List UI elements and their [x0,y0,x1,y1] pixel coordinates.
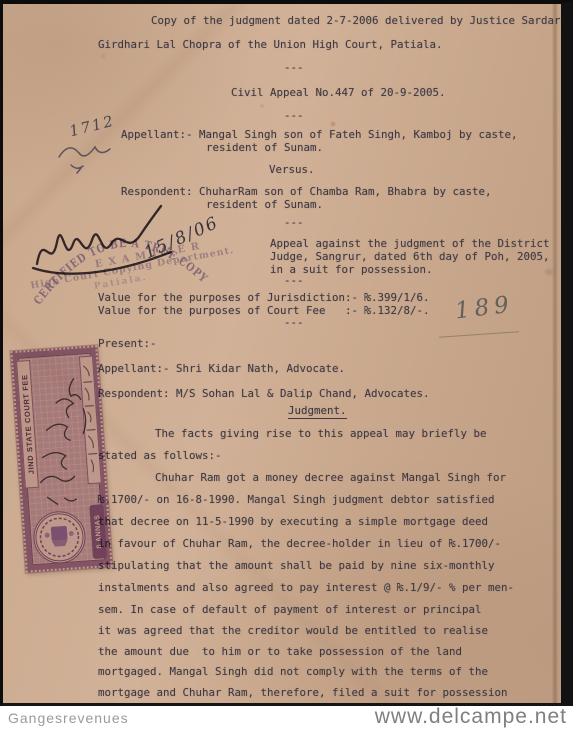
typed-line-16: Value for the purposes of Court Fee :- ₨… [98,304,430,317]
typed-line-22: The facts giving rise to this appeal may… [155,427,487,440]
watermark-right-text: www.delcampe.net [375,705,567,729]
typed-line-25: ₨.1700/- on 16-8-1990. Mangal Singh judg… [98,493,495,506]
typed-line-23: stated as follows:- [98,449,222,462]
typed-line-28: stipulating that the amount shall be pai… [98,559,495,572]
typed-line-2: --- [284,61,304,74]
watermark-left-text: Gangesrevenues [8,710,129,726]
typed-line-26: that decree on 11-5-1990 by executing a … [98,515,488,528]
typed-line-14: --- [284,274,304,287]
typed-line-27: in favour of Chuhar Ram, the decree-hold… [98,537,501,550]
typed-line-17: --- [284,316,304,329]
typed-line-19: Appellant:- Shri Kidar Nath, Advocate. [98,362,345,375]
typed-line-8: Respondent: ChuharRam son of Chamba Ram,… [121,185,492,198]
pencil-underline [439,331,519,338]
typed-line-33: mortgaged. Mangal Singh did not comply w… [98,665,488,678]
typed-line-21: Judgment. [288,404,347,419]
typed-line-10: --- [284,216,304,229]
typed-line-34: mortgage and Chuhar Ram, therefore, file… [98,686,508,699]
typed-line-3: Civil Appeal No.447 of 20-9-2005. [231,86,446,99]
typed-line-5: Appellant:- Mangal Singh son of Fateh Si… [121,128,518,141]
typed-line-9: resident of Sunam. [206,198,323,211]
typed-line-7: Versus. [269,163,315,176]
screenshot-root: Copy of the judgment dated 2-7-2006 deli… [0,0,573,730]
typed-line-12: Judge, Sangrur, dated 6th day of Poh, 20… [270,250,550,263]
typed-line-0: Copy of the judgment dated 2-7-2006 deli… [151,14,561,27]
watermark-bar: Gangesrevenues www.delcampe.net [0,706,573,730]
typed-line-1: Girdhari Lal Chopra of the Union High Co… [98,38,443,51]
handwritten-scribble [53,135,117,175]
typed-line-31: it was agreed that the creditor would be… [98,624,488,637]
pencil-folio-number: 189 [454,292,516,325]
typed-line-20: Respondent: M/S Sohan Lal & Dalip Chand,… [98,387,430,400]
typed-line-6: resident of Sunam. [206,141,323,154]
typed-line-24: Chuhar Ram got a money decree against Ma… [155,471,506,484]
typed-line-11: Appeal against the judgment of the Distr… [270,237,550,250]
court-fee-stamp: JIND STATE COURT FEE 8 A [10,345,112,573]
typed-line-30: sem. In case of default of payment of in… [98,603,482,616]
typed-line-32: the amount due to him or to take possess… [98,645,462,658]
document-scan: Copy of the judgment dated 2-7-2006 deli… [0,0,573,706]
typed-line-18: Present:- [98,337,157,350]
typed-line-15: Value for the purposes of Jurisdiction:-… [98,291,430,304]
stamp-ink-writing [12,347,110,570]
typed-line-4: --- [284,109,304,122]
typed-line-29: instalments and also agreed to pay inter… [98,581,514,594]
